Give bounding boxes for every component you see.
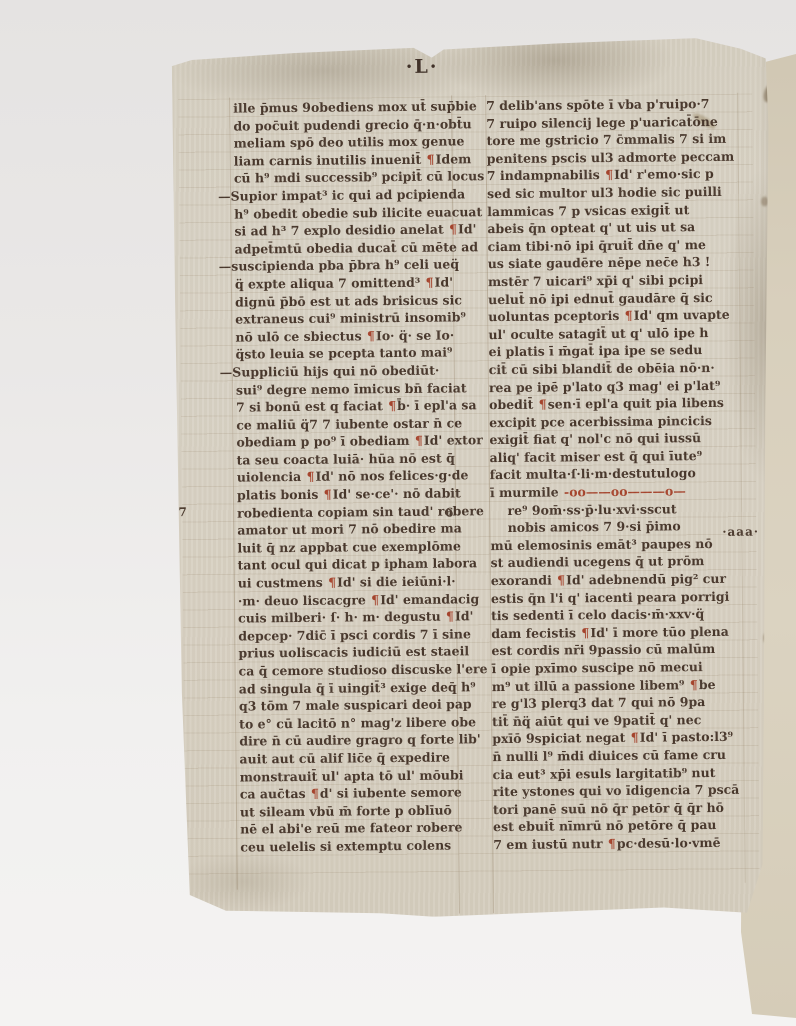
manuscript-line: dire n̄ cū audire gragro q forte lib': [239, 731, 459, 751]
manuscript-line: do poc̄uit pudendi grecio q̄·n·obt̄u: [233, 115, 453, 135]
rubric-mark: ¶: [387, 398, 397, 413]
manuscript-line: nō ulō ce sbiectus ¶Io· q̈· se Io·: [235, 326, 455, 346]
manuscript-line: 7 si bonū est q faciat ¶b̄· ī epl'a sa: [236, 397, 456, 417]
manuscript-line: dignū p̄bō est ut ads brisicus sic: [235, 291, 455, 311]
manuscript-line: adpet̄mtū obedia ducat̄ cū mēte ad: [234, 238, 454, 258]
manuscript-line: ca q̄ cemore studioso discuske l'ere: [239, 660, 459, 680]
manuscript-line: est ebuit̄ nīmrū nō petōre q̄ pau: [493, 816, 743, 836]
rubric-mark: ¶: [327, 575, 337, 590]
manuscript-line: uoluntas pceptoris ¶Id' qm uvapte: [488, 306, 738, 326]
manuscript-line: luit q̄ nz appbat cue exemplōme: [237, 537, 457, 557]
text-column-left: ille p̄mus 9obediens mox ut̄ sup̄biedo p…: [233, 97, 460, 856]
manuscript-line: liam carnis inutilis inuenit̄ ¶Idem: [234, 150, 454, 170]
rubric-mark: ¶: [607, 836, 617, 851]
manuscript-line: platis bonis ¶Id' se·ce'· nō dabit: [237, 485, 457, 505]
rubric-mark: ¶: [556, 572, 566, 587]
parchment-stain: [763, 632, 770, 643]
manuscript-line: obediam p po⁹ ī obediam ¶Id' extor: [236, 432, 456, 452]
parchment-stain: [761, 196, 768, 206]
rubric-mark: ¶: [445, 609, 455, 624]
leaf-group: ·L· ille p̄mus 9obediens mox ut̄ sup̄bie…: [0, 0, 796, 1026]
manuscript-line: —Supior impat³ ic qui ad pcipienda: [218, 185, 454, 205]
manuscript-line: nē el abi'e reū me fateor robere: [240, 819, 460, 839]
rubric-mark: ¶: [630, 730, 640, 745]
manuscript-line: ad singula q̄ ī uingit̄³ exige deq̄ h⁹: [239, 678, 459, 698]
parchment-stain: [762, 84, 775, 104]
manuscript-line: meliam spō deo utilis mox genue: [233, 133, 453, 153]
rubric-mark: ¶: [414, 433, 424, 448]
rubric-mark: ¶: [425, 275, 435, 290]
manuscript-line: monstrauit̄ ul' apta tō ul' mōubi: [240, 766, 460, 786]
manuscript-line: q̈ expte aliqua 7 omittend³ ¶Id': [235, 273, 455, 293]
manuscript-line: ·m· deuo liscacgre ¶Id' emandacig: [238, 590, 458, 610]
rubric-mark: ¶: [538, 397, 548, 412]
manuscript-line: excipit pce acerbissima pincicis: [489, 411, 739, 431]
manuscript-line: si ad h³ 7 explo desidio anelat ¶Id': [234, 221, 454, 241]
manuscript-line: ta seu coacta luiā· hūa nō est q̄: [237, 449, 457, 469]
manuscript-line: q̈sto leuia se pcepta tanto mai⁹: [236, 344, 456, 364]
folio-number: ·L·: [406, 56, 439, 78]
manuscript-line: cū h⁹ mdi successib⁹ pcipit̄ cū locus: [234, 168, 454, 188]
manuscript-line: to e° cū lacitō n° mag'z libere obe: [239, 713, 459, 733]
manuscript-line: tant ocul qui dicat p ipham labora: [238, 555, 458, 575]
manuscript-line: mstēr 7 uicari⁹ xp̄i q' sibi pcipi: [488, 271, 738, 291]
manuscript-line: h⁹ obedit obedie sub ilicite euacuat: [234, 203, 454, 223]
manuscript-line: ceu uelelis si extemptu colens: [240, 836, 460, 856]
manuscript-line: aliq' facit miser est q̄ qui īute⁹: [490, 447, 740, 467]
rubric-mark: ¶: [689, 677, 699, 692]
gutter-mark: 6: [445, 505, 453, 519]
rubric-mark: -oo——oo———o—: [563, 483, 687, 499]
manuscript-line: cit̄ cū sibi blandit̄ de obēia nō·n·: [489, 359, 739, 379]
manuscript-line: tore me gstricio 7 c̄mmalis 7 si im: [486, 130, 736, 150]
manuscript-line: depcep· 7dic̄ ī psci cordis 7 ī sine: [238, 625, 458, 645]
manuscript-line: —suscipienda pba p̄bra h⁹ celi ueq̈: [219, 256, 455, 276]
rubric-mark: ¶: [580, 625, 590, 640]
text-column-right: 7 delib'ans spōte ī vba p'ruipo·77 ruipo…: [486, 95, 743, 854]
rubric-mark: ¶: [426, 151, 436, 166]
manuscript-page: ·L· ille p̄mus 9obediens mox ut̄ sup̄bie…: [0, 0, 796, 1026]
manuscript-line: —Suppliciū hijs qui nō obediūt·: [220, 361, 456, 381]
manuscript-line: ut sileam vbū m̄ forte p oblīuō: [240, 801, 460, 821]
rubric-mark: ¶: [366, 328, 376, 343]
manuscript-line: ei platis ī m̄gat̄ ipa ipe se sedu: [489, 341, 739, 361]
rubric-mark: ¶: [370, 592, 380, 607]
manuscript-line: auit aut cū alif lic̄e q̄ expedire: [239, 748, 459, 768]
manuscript-line: q3 tōm 7 male suspicari deoi pap: [239, 696, 459, 716]
manuscript-line: cuis milberi· ſ· h· m· degustu ¶Id': [238, 608, 458, 628]
rubric-mark: ¶: [604, 167, 614, 182]
manuscript-line: rite ystones qui vo īdigencia 7 pscā: [493, 781, 743, 801]
rubric-mark: ¶: [624, 308, 634, 323]
manuscript-line: 7 delib'ans spōte ī vba p'ruipo·7: [486, 95, 736, 115]
rubric-mark: ¶: [323, 487, 333, 502]
manuscript-line: uiolencia ¶Id' nō nos felices·g·de: [237, 467, 457, 487]
rubric-mark: ¶: [310, 786, 320, 801]
rubric-mark: ¶: [305, 469, 315, 484]
manuscript-line: us siate gaudēre nēpe nec̄e h3 !: [488, 253, 738, 273]
manuscript-line: sed sic multor ul3 hodie sic puilli: [487, 183, 737, 203]
manuscript-line: ille p̄mus 9obediens mox ut̄ sup̄bie: [233, 97, 453, 117]
manuscript-line: re g'l3 plerq3 dat 7 qui nō 9pa: [492, 693, 742, 713]
manuscript-line: extraneus cui⁹ ministrū insomib⁹: [235, 309, 455, 329]
manuscript-line: prius uoliscacis iudiciū est staeil: [238, 643, 458, 663]
manuscript-line: ui custmens ¶Id' si die ieiūni·l·: [238, 572, 458, 592]
margin-note-right: ·aaa·: [722, 525, 759, 539]
rubric-mark: ¶: [448, 222, 458, 237]
manuscript-photograph: ·L· ille p̄mus 9obediens mox ut̄ sup̄bie…: [0, 0, 796, 1026]
manuscript-line: robedienta copiam sin taud' robere: [237, 502, 457, 522]
manuscript-line: est cordis nr̄i 9passio cū malūm: [491, 640, 741, 660]
manuscript-line: ce maliū q̈7 7 iubente ostar n̄ ce: [236, 414, 456, 434]
manuscript-line: amator ut mori 7 nō obedire ma: [237, 520, 457, 540]
manuscript-line: exorandi ¶Id' adebnendū pig² cur: [491, 570, 741, 590]
manuscript-line: 7 em iustū nutr ¶pc·desū·lo·vmē: [493, 834, 743, 854]
manuscript-line: ca auc̄tas ¶d' si iubente semore: [240, 784, 460, 804]
margin-note-left: q̈7: [170, 505, 187, 519]
manuscript-line: sui⁹ degre nemo īmicus bn̄ faciat: [236, 379, 456, 399]
manuscript-line: n̄ nulli l⁹ m̄di diuices cū fame cru: [492, 746, 742, 766]
manuscript-line: obedit̄ ¶sen·ī epl'a quit pia libens: [489, 394, 739, 414]
manuscript-line: tis sedenti ī celo dacis·m̄·xxv·q̈: [491, 605, 741, 625]
